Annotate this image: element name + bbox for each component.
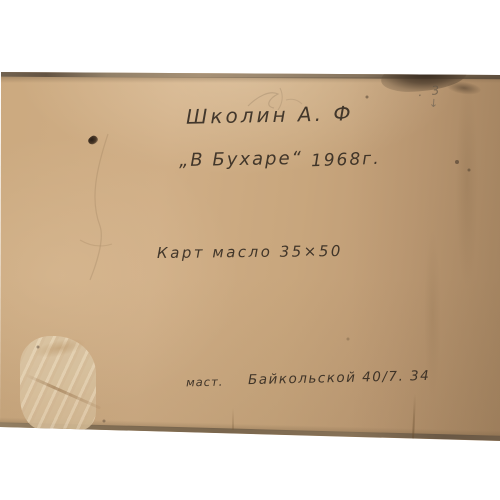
dirt-specks bbox=[0, 0, 2, 2]
scuff-lines-left bbox=[60, 130, 130, 290]
right-side-shading bbox=[350, 70, 500, 445]
crease-bottom-middle bbox=[232, 408, 234, 430]
inscription-studio-label: маст. bbox=[186, 375, 224, 390]
photo-painting-back: . 3 ↓ Школин А. Ф „В Бухаре“ 1968г. Карт… bbox=[0, 0, 500, 500]
pencil-arrow-mark: ↓ bbox=[429, 97, 439, 111]
inscription-painting-title: „В Бухаре“ bbox=[179, 148, 303, 171]
inscription-artist-name: Школин А. Ф bbox=[186, 101, 354, 129]
cardboard-panel: . 3 ↓ Школин А. Ф „В Бухаре“ 1968г. Карт… bbox=[0, 0, 500, 500]
inscription-year: 1968г. bbox=[311, 149, 381, 171]
inscription-medium-size: Карт масло 35×50 bbox=[157, 242, 343, 262]
